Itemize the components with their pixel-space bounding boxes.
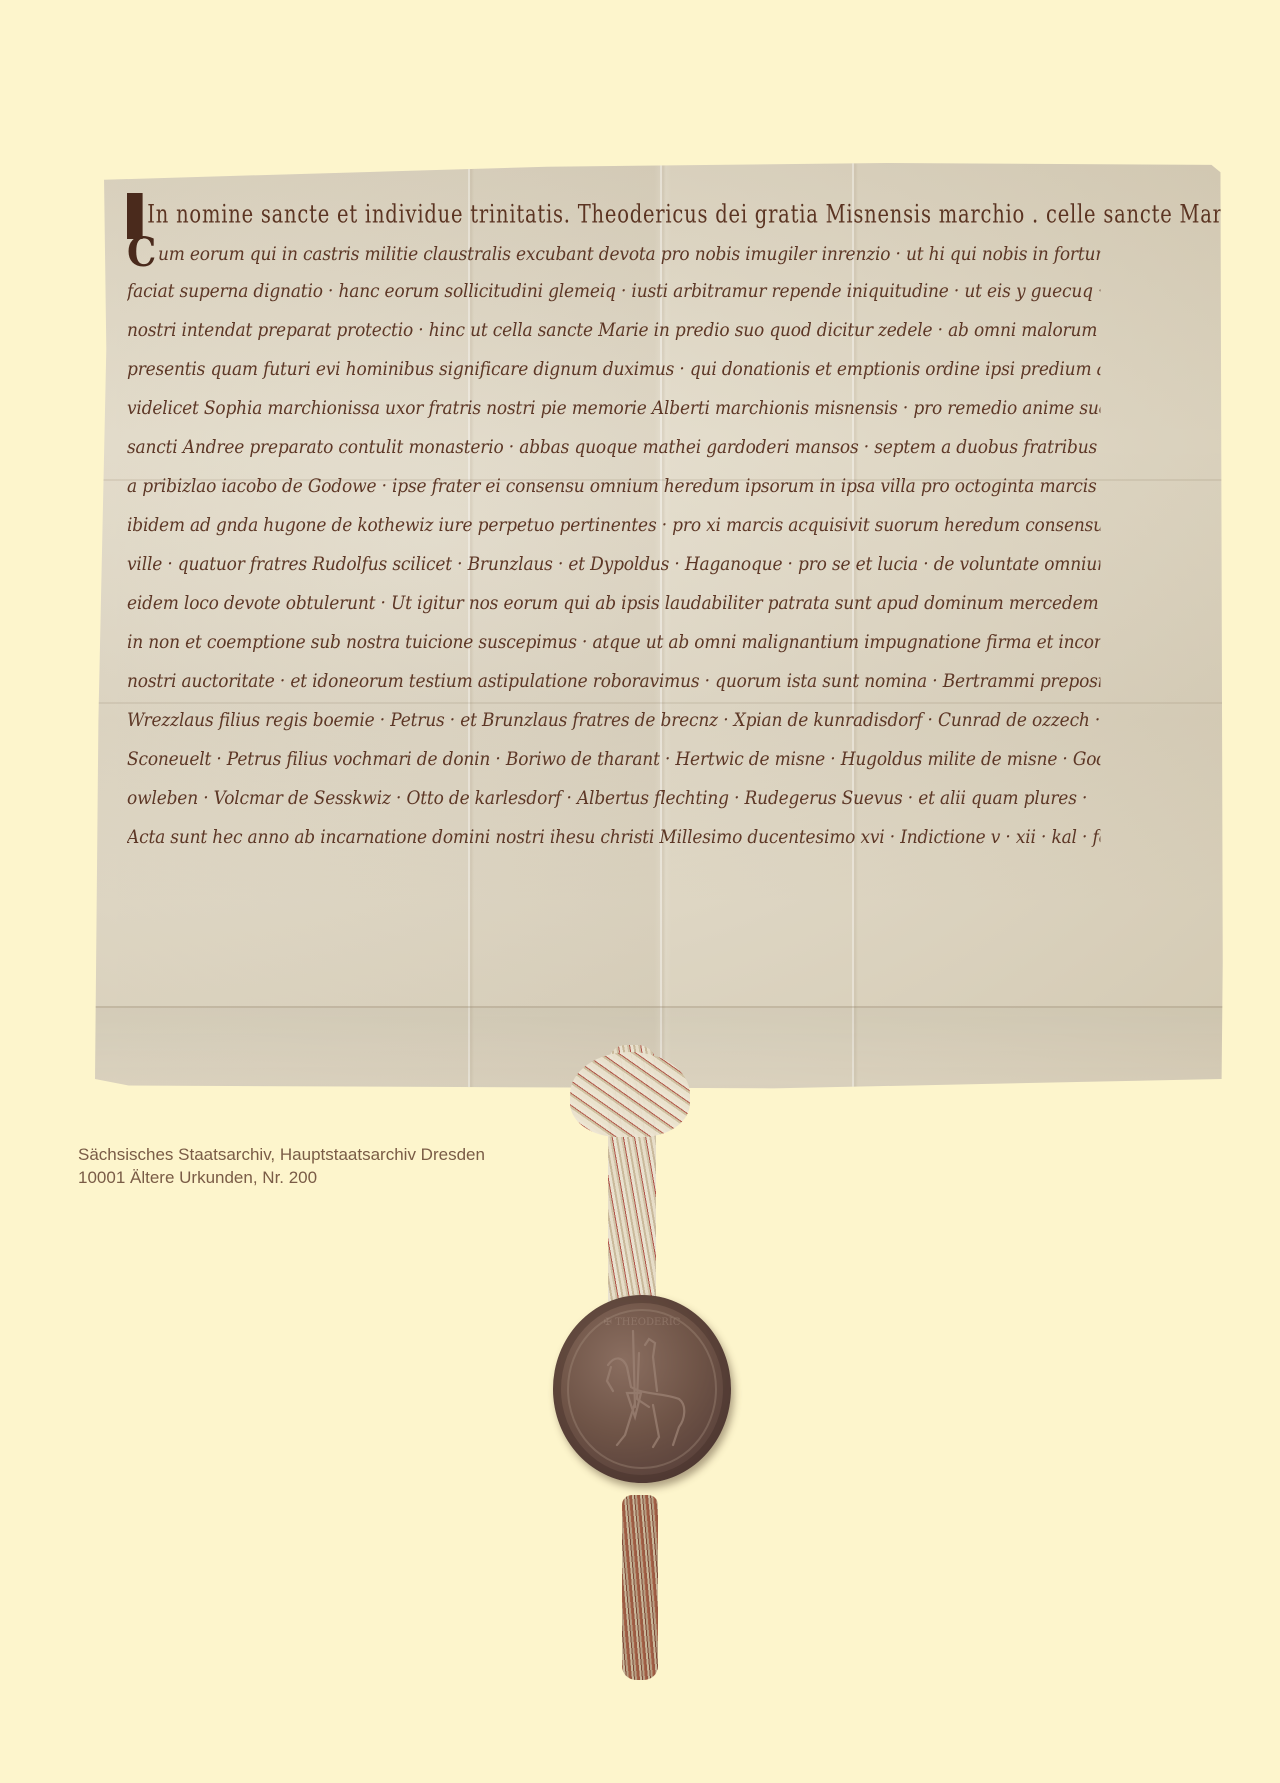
decorated-initial-c-icon: C (127, 233, 156, 272)
witness-line: owleben · Volcmar de Sesskwiz · Otto de … (127, 779, 1100, 818)
charter-line: ibidem ad gnda hugone de kothewiz iure p… (127, 506, 1100, 545)
charter-line: faciat superna dignatio · hanc eorum sol… (127, 272, 1100, 311)
caption-shelfmark: 10001 Ältere Urkunden, Nr. 200 (78, 1166, 485, 1189)
charter-line: in non et coemptione sub nostra tuicione… (127, 623, 1100, 662)
seal-cord-tassel (622, 1495, 658, 1680)
charter-line: nostri auctoritate · et idoneorum testiu… (127, 662, 1100, 701)
heading-text: In nomine sancte et individue trinitatis… (147, 200, 1280, 229)
charter-line: Cum eorum qui in castris militie claustr… (127, 233, 1100, 272)
caption-archive-name: Sächsisches Staatsarchiv, Hauptstaatsarc… (78, 1143, 485, 1166)
charter-line: videlicet Sophia marchionissa uxor fratr… (127, 389, 1100, 428)
charter-line: eidem loco devote obtulerunt · Ut igitur… (127, 584, 1100, 623)
witness-line: Sconeuelt · Petrus filius vochmari de do… (127, 740, 1100, 779)
charter-line: presentis quam futuri evi hominibus sign… (127, 350, 1100, 389)
equestrian-seal-icon: ✠ THEODERIC (553, 1295, 731, 1483)
charter-parchment: In nomine sancte et individue trinitatis… (95, 163, 1225, 1093)
line-text: um eorum qui in castris militie claustra… (158, 244, 1100, 265)
witness-line: Wrezzlaus filius regis boemie · Petrus ·… (127, 701, 1100, 740)
dating-clause: Acta sunt hec anno ab incarnatione domin… (127, 818, 1100, 857)
charter-line: sancti Andree preparato contulit monaste… (127, 428, 1100, 467)
charter-line: nostri intendat preparat protectio · hin… (127, 311, 1100, 350)
charter-line: a pribizlao iacobo de Godowe · ipse frat… (127, 467, 1100, 506)
wax-seal: ✠ THEODERIC (553, 1295, 731, 1483)
svg-text:✠ THEODERIC: ✠ THEODERIC (604, 1317, 681, 1328)
charter-heading: In nomine sancte et individue trinitatis… (127, 193, 952, 233)
charter-text: In nomine sancte et individue trinitatis… (127, 193, 1185, 857)
archive-caption: Sächsisches Staatsarchiv, Hauptstaatsarc… (78, 1143, 485, 1189)
charter-line: ville · quatuor fratres Rudolfus scilice… (127, 545, 1100, 584)
seal-cord-knot (570, 1052, 690, 1137)
